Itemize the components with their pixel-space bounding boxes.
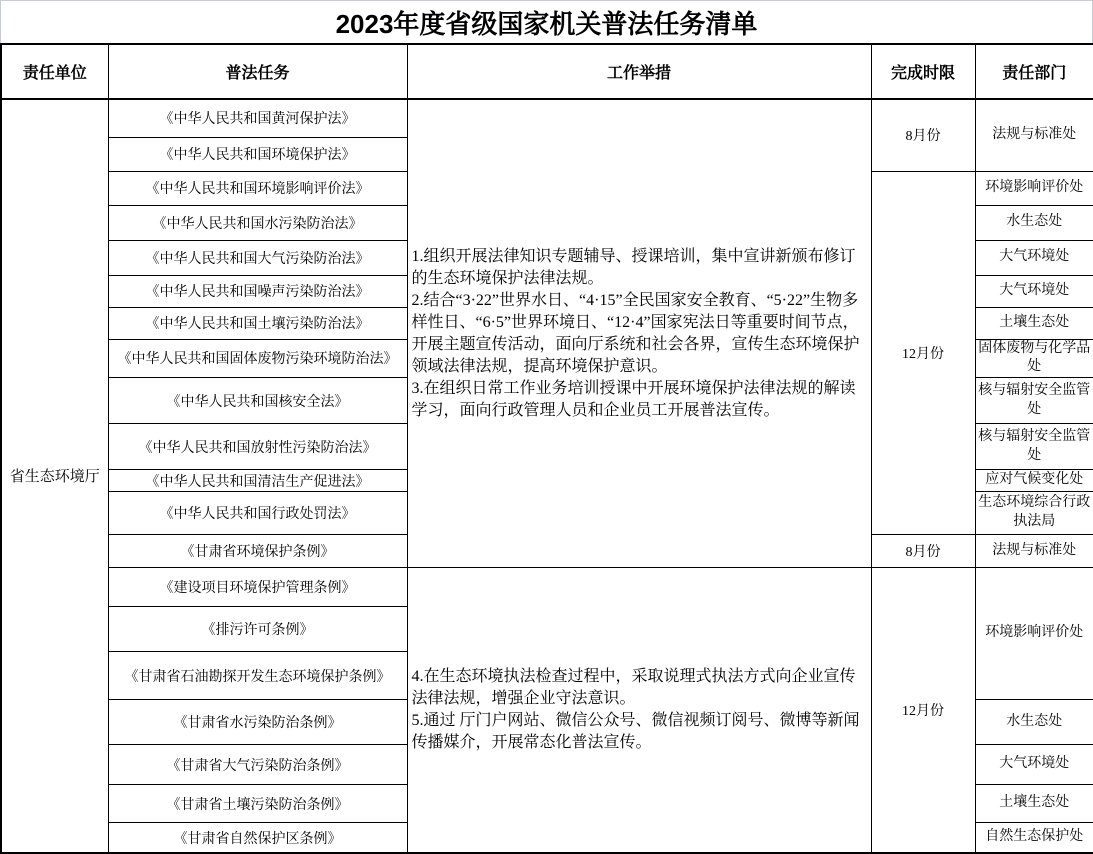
measure-paragraph-2: 2.结合“3·22”世界水日、“4·15”全民国家安全教育、“5·22”生物多样… — [412, 290, 867, 378]
department-cell: 水生态处 — [975, 700, 1093, 745]
table-row: 《建设项目环境保护管理条例》 4.在生态环境执法检查过程中，采取说理式执法方式向… — [1, 568, 1093, 607]
department-cell: 大气环境处 — [975, 275, 1093, 307]
department-cell: 法规与标准处 — [975, 99, 1093, 171]
department-cell: 水生态处 — [975, 205, 1093, 240]
task-cell: 《中华人民共和国环境保护法》 — [108, 137, 407, 171]
unit-cell: 省生态环境厅 — [1, 99, 108, 853]
task-cell: 《甘肃省大气污染防治条例》 — [108, 745, 407, 785]
task-cell: 《中华人民共和国环境影响评价法》 — [108, 171, 407, 205]
task-cell: 《中华人民共和国清洁生产促进法》 — [108, 470, 407, 492]
measure-paragraph-3: 3.在组织日常工作业务培训授课中开展环境保护法律法规的解读学习，面向行政管理人员… — [412, 378, 867, 422]
document-page: 2023年度省级国家机关普法任务清单 责任单位 普法任务 工作举措 完成时限 责… — [0, 0, 1093, 854]
task-cell: 《甘肃省水污染防治条例》 — [108, 700, 407, 745]
deadline-cell: 12月份 — [871, 171, 975, 535]
task-cell: 《中华人民共和国水污染防治法》 — [108, 205, 407, 240]
task-cell: 《中华人民共和国大气污染防治法》 — [108, 240, 407, 275]
deadline-cell: 8月份 — [871, 99, 975, 171]
task-cell: 《中华人民共和国噪声污染防治法》 — [108, 275, 407, 307]
department-cell: 核与辐射安全监管处 — [975, 424, 1093, 470]
col-header-task: 普法任务 — [108, 44, 407, 99]
department-cell: 土壤生态处 — [975, 785, 1093, 823]
measures-cell-section1: 1.组织开展法律知识专题辅导、授课培训，集中宣讲新颁布修订的生态环境保护法律法规… — [407, 99, 871, 568]
task-cell: 《甘肃省自然保护区条例》 — [108, 823, 407, 853]
department-cell: 法规与标准处 — [975, 535, 1093, 568]
measure-paragraph-1: 1.组织开展法律知识专题辅导、授课培训，集中宣讲新颁布修订的生态环境保护法律法规… — [412, 246, 867, 290]
department-cell: 大气环境处 — [975, 745, 1093, 785]
department-cell: 环境影响评价处 — [975, 171, 1093, 205]
task-cell: 《排污许可条例》 — [108, 607, 407, 652]
measure-paragraph-4: 4.在生态环境执法检查过程中，采取说理式执法方式向企业宣传法律法规，增强企业守法… — [412, 666, 867, 710]
task-cell: 《甘肃省土壤污染防治条例》 — [108, 785, 407, 823]
measures-cell-section2: 4.在生态环境执法检查过程中，采取说理式执法方式向企业宣传法律法规，增强企业守法… — [407, 568, 871, 853]
task-cell: 《甘肃省环境保护条例》 — [108, 535, 407, 568]
task-cell: 《甘肃省石油勘探开发生态环境保护条例》 — [108, 652, 407, 700]
document-title: 2023年度省级国家机关普法任务清单 — [0, 0, 1093, 43]
department-cell: 固体废物与化学品处 — [975, 339, 1093, 378]
measure-paragraph-5: 5.通过 厅门户网站、微信公众号、微信视频订阅号、微博等新闻传播媒介，开展常态化… — [412, 710, 867, 754]
department-cell: 应对气候变化处 — [975, 470, 1093, 492]
col-header-unit: 责任单位 — [1, 44, 108, 99]
task-cell: 《中华人民共和国固体废物污染环境防治法》 — [108, 339, 407, 378]
task-cell: 《中华人民共和国核安全法》 — [108, 378, 407, 424]
department-cell: 自然生态保护处 — [975, 823, 1093, 853]
department-cell: 大气环境处 — [975, 240, 1093, 275]
task-cell: 《中华人民共和国放射性污染防治法》 — [108, 424, 407, 470]
deadline-cell: 12月份 — [871, 568, 975, 853]
table-row: 省生态环境厅 《中华人民共和国黄河保护法》 1.组织开展法律知识专题辅导、授课培… — [1, 99, 1093, 137]
department-cell: 环境影响评价处 — [975, 568, 1093, 700]
department-cell: 核与辐射安全监管处 — [975, 378, 1093, 424]
deadline-cell: 8月份 — [871, 535, 975, 568]
task-cell: 《中华人民共和国行政处罚法》 — [108, 492, 407, 535]
department-cell: 土壤生态处 — [975, 307, 1093, 339]
col-header-measures: 工作举措 — [407, 44, 871, 99]
task-cell: 《建设项目环境保护管理条例》 — [108, 568, 407, 607]
department-cell: 生态环境综合行政执法局 — [975, 492, 1093, 535]
task-cell: 《中华人民共和国土壤污染防治法》 — [108, 307, 407, 339]
table-header-row: 责任单位 普法任务 工作举措 完成时限 责任部门 — [1, 44, 1093, 99]
law-popularization-task-table: 责任单位 普法任务 工作举措 完成时限 责任部门 省生态环境厅 《中华人民共和国… — [0, 43, 1093, 854]
task-cell: 《中华人民共和国黄河保护法》 — [108, 99, 407, 137]
col-header-deadline: 完成时限 — [871, 44, 975, 99]
col-header-department: 责任部门 — [975, 44, 1093, 99]
